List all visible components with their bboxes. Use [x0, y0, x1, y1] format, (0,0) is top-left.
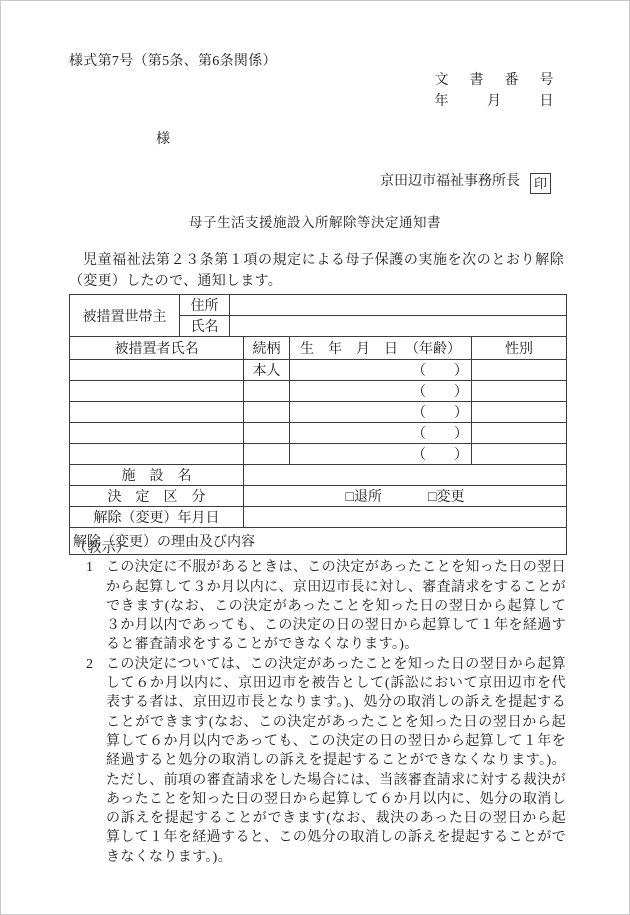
addressee-sama: 様 [156, 128, 170, 148]
relationship-cell [244, 444, 290, 465]
person-row: （ ） [70, 423, 567, 444]
release-date-label: 解除（変更）年月日 [70, 507, 244, 528]
person-name-cell [70, 381, 244, 402]
kyoji-heading: （教示） [69, 539, 566, 558]
decision-label: 決 定 区 分 [70, 486, 244, 507]
kyoji-item-2-number: 2 [86, 655, 93, 674]
person-name-cell [70, 444, 244, 465]
address-value-cell [230, 295, 567, 316]
gender-cell [472, 423, 567, 444]
gender-cell [472, 402, 567, 423]
checkbox-henko[interactable]: □変更 [428, 490, 464, 505]
relationship-cell [244, 381, 290, 402]
person-name-header: 被措置者氏名 [70, 337, 244, 360]
person-name-cell [70, 402, 244, 423]
doc-number-label: 文 書 番 号 [435, 70, 558, 91]
birthdate-age-cell: （ ） [290, 444, 472, 465]
birthdate-age-cell: （ ） [290, 423, 472, 444]
date-line: 年 月 日 [435, 91, 558, 112]
facility-value-cell [244, 465, 567, 486]
release-date-value-cell [244, 507, 567, 528]
gender-cell [472, 444, 567, 465]
kyoji-item-1-text: この決定に不服があるときは、この決定があったことを知った日の翌日から起算して３か… [106, 560, 566, 652]
birthdate-age-cell: （ ） [290, 381, 472, 402]
address-label: 住所 [180, 295, 230, 316]
header-right-block: 文 書 番 号 年 月 日 [435, 70, 558, 112]
relationship-cell [244, 423, 290, 444]
form-number: 様式第7号（第5条、第6条関係） [69, 50, 277, 70]
name-label: 氏名 [180, 316, 230, 337]
person-row: （ ） [70, 381, 567, 402]
birthdate-age-cell: （ ） [290, 402, 472, 423]
checkbox-taisho[interactable]: □退所 [346, 490, 382, 505]
relationship-cell: 本人 [244, 360, 290, 381]
kyoji-section: （教示） 1 この決定に不服があるときは、この決定があったことを知った日の翌日か… [69, 539, 566, 867]
intro-paragraph: 児童福祉法第２３条第１項の規定による母子保護の実施を次のとおり解除（変更）したの… [69, 251, 564, 292]
facility-label: 施 設 名 [70, 465, 244, 486]
document-page: 様式第7号（第5条、第6条関係） 文 書 番 号 年 月 日 様 京田辺市福祉事… [0, 0, 630, 915]
birthdate-age-cell: （ ） [290, 360, 472, 381]
gender-cell [472, 360, 567, 381]
name-value-cell [230, 316, 567, 337]
person-row: （ ） [70, 444, 567, 465]
person-name-cell [70, 423, 244, 444]
relationship-header: 続柄 [244, 337, 290, 360]
placement-table: 被措置世帯主 住所 氏名 被措置者氏名 続柄 生 年 月 日 （年齢） 性別 本… [69, 294, 567, 555]
gender-header: 性別 [472, 337, 567, 360]
document-title: 母子生活支援施設入所解除等決定通知書 [1, 211, 629, 231]
kyoji-item-1-number: 1 [86, 558, 93, 577]
birthdate-header: 生 年 月 日 （年齢） [290, 337, 472, 360]
issuer-line: 京田辺市福祉事務所長印 [380, 170, 551, 194]
gender-cell [472, 381, 567, 402]
kyoji-item-2: 2 この決定については、この決定があったことを知った日の翌日から起算して６か月以… [69, 655, 566, 867]
person-row: 本人 （ ） [70, 360, 567, 381]
person-name-cell [70, 360, 244, 381]
person-row: （ ） [70, 402, 567, 423]
kyoji-item-2-text: この決定については、この決定があったことを知った日の翌日から起算して６か月以内に… [106, 657, 566, 865]
household-head-label: 被措置世帯主 [70, 295, 180, 337]
kyoji-item-1: 1 この決定に不服があるときは、この決定があったことを知った日の翌日から起算して… [69, 558, 566, 654]
decision-value-cell: □退所□変更 [244, 486, 567, 507]
issuer-title: 京田辺市福祉事務所長 [380, 174, 520, 189]
relationship-cell [244, 402, 290, 423]
seal-stamp-icon: 印 [530, 173, 551, 194]
